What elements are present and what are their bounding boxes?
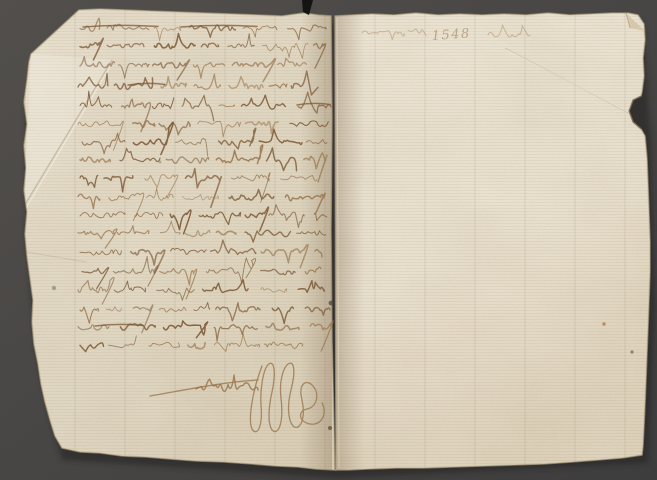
- date-annotation-year: 1548: [431, 26, 471, 44]
- paper-speck: [329, 301, 334, 306]
- manuscript-scan-image: 1548: [0, 0, 657, 480]
- paper-speck: [52, 286, 56, 290]
- paper-speck: [328, 426, 332, 430]
- paper-speck: [630, 350, 633, 353]
- manuscript-scan: 1548: [0, 0, 657, 480]
- paper-texture: [0, 0, 657, 480]
- gutter-shade-right: [335, 10, 365, 472]
- paper-speck: [602, 322, 605, 325]
